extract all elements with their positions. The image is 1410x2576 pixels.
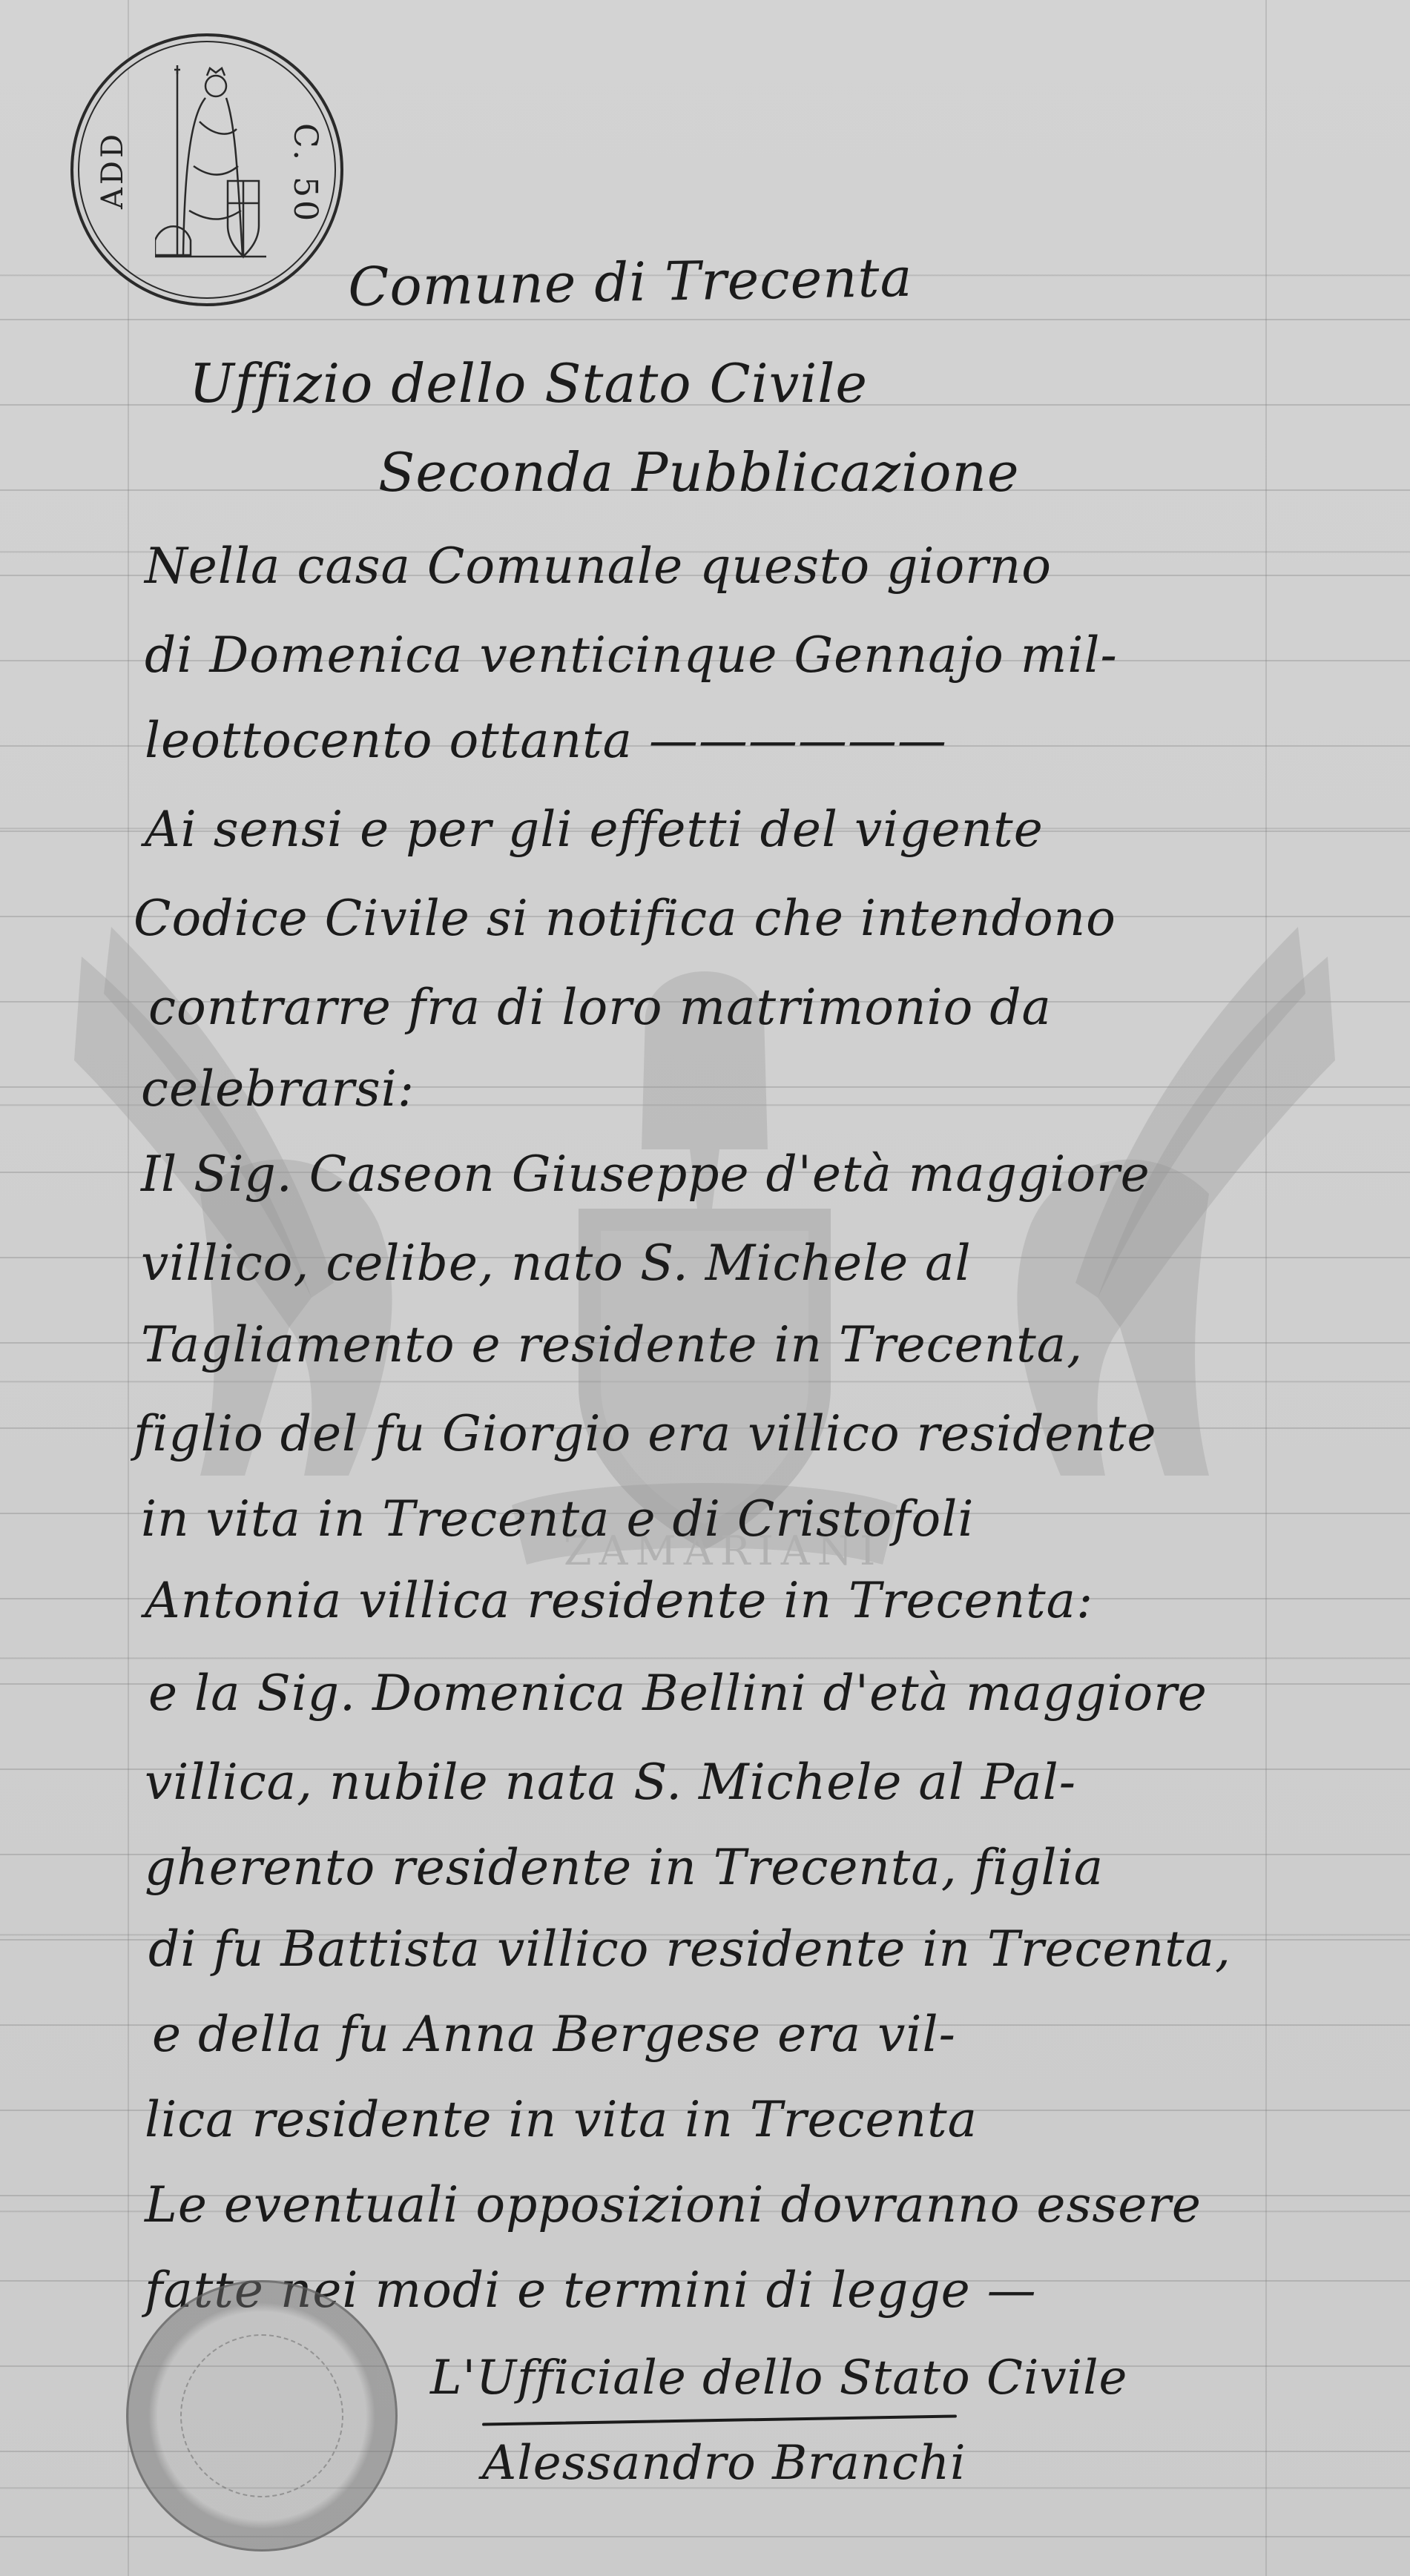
- body-line: di fu Battista villico residente in Trec…: [148, 1921, 1231, 1978]
- stamp-value: C. 50: [280, 118, 324, 229]
- body-line: Il Sig. Caseon Giuseppe d'età maggiore: [141, 1146, 1150, 1203]
- body-line: e la Sig. Domenica Bellini d'età maggior…: [148, 1665, 1208, 1722]
- body-line: celebrarsi:: [141, 1060, 415, 1117]
- body-line: in vita in Trecenta e di Cristofoli: [141, 1490, 974, 1548]
- body-line: Ai sensi e per gli effetti del vigente: [145, 801, 1044, 858]
- body-line: lica residente in vita in Trecenta: [145, 2091, 978, 2148]
- margin-line: [1265, 0, 1267, 2576]
- body-line: villica, nubile nata S. Michele al Pal-: [145, 1754, 1076, 1811]
- body-line: Antonia villica residente in Trecenta:: [145, 1572, 1093, 1629]
- body-line: Codice Civile si notifica che intendono: [134, 890, 1116, 947]
- officer-signature: Alessandro Branchi: [482, 2436, 966, 2491]
- body-line: Tagliamento e residente in Trecenta,: [141, 1316, 1083, 1373]
- italia-figure-icon: [155, 55, 266, 270]
- ruled-line: [0, 319, 1410, 320]
- body-line: e della fu Anna Bergese era vil-: [152, 2006, 956, 2063]
- body-line: gherento residente in Trecenta, figlia: [145, 1839, 1104, 1896]
- body-line: Le eventuali opposizioni dovranno essere: [145, 2176, 1202, 2233]
- tax-stamp: ADD C. 50: [70, 33, 343, 306]
- stamp-left-text: ADD: [96, 110, 140, 229]
- officer-title: L'Ufficiale dello Stato Civile: [430, 2351, 1127, 2405]
- ink-seal-icon: [126, 2280, 398, 2552]
- body-line: leottocento ottanta ——————: [145, 712, 947, 769]
- body-line: contrarre fra di loro matrimonio da: [148, 979, 1052, 1036]
- header-ufficio: Uffizio dello Stato Civile: [189, 352, 868, 415]
- body-line: di Domenica venticinque Gennajo mil-: [145, 627, 1118, 684]
- margin-line: [128, 0, 129, 2576]
- body-line: Nella casa Comunale questo giorno: [145, 538, 1052, 595]
- header-comune: Comune di Trecenta: [348, 246, 914, 318]
- header-pubblicazione: Seconda Pubblicazione: [378, 441, 1019, 503]
- body-line: figlio del fu Giorgio era villico reside…: [134, 1405, 1157, 1462]
- body-line: villico, celibe, nato S. Michele al: [141, 1235, 972, 1292]
